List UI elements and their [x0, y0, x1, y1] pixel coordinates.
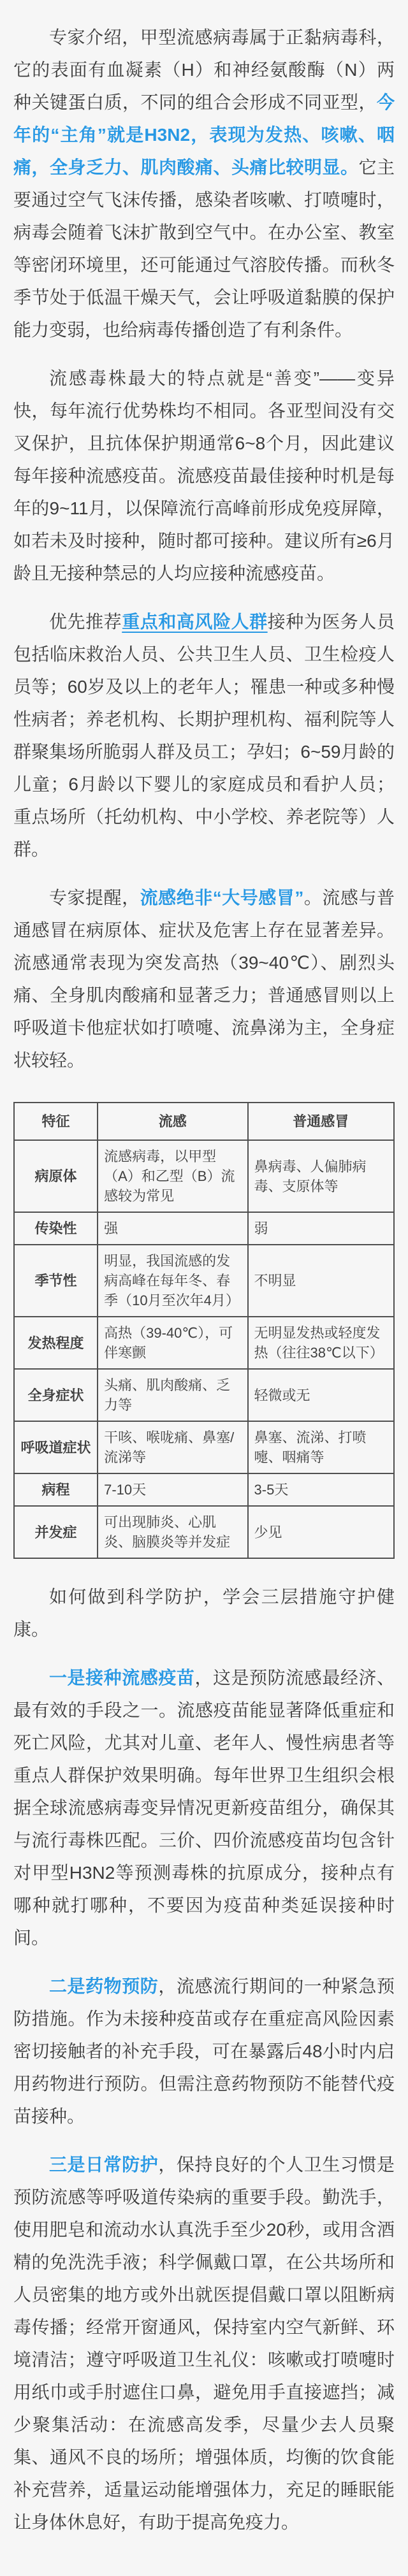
- highlighted-link-text[interactable]: 重点和高风险人群: [122, 612, 267, 632]
- body-text: ，保持良好的个人卫生习惯是预防流感等呼吸道传染病的重要手段。勤洗手，使用肥皂和流…: [13, 2155, 395, 2532]
- paragraph: 专家提醒，流感绝非“大号感冒”。流感与普通感冒在病原体、症状及危害上存在显著差异…: [13, 881, 395, 1076]
- paragraph: 一是接种流感疫苗，这是预防流感最经济、最有效的手段之一。流感疫苗能显著降低重症和…: [13, 1661, 395, 1954]
- body-text: ，这是预防流感最经济、最有效的手段之一。流感疫苗能显著降低重症和死亡风险，尤其对…: [13, 1668, 395, 1948]
- value-cell: 鼻病毒、人偏肺病毒、支原体等: [248, 1140, 394, 1212]
- paragraph: 专家介绍，甲型流感病毒属于正黏病毒科，它的表面有血凝素（H）和神经氨酸酶（N）两…: [13, 21, 395, 346]
- paragraph: 二是药物预防，流感流行期间的一种紧急预防措施。作为未接种疫苗或存在重症高风险因素…: [13, 1970, 395, 2132]
- feature-cell: 全身症状: [14, 1369, 98, 1421]
- feature-cell: 季节性: [14, 1245, 98, 1317]
- table-row: 呼吸道症状干咳、喉咙痛、鼻塞/流涕等鼻塞、流涕、打喷嚏、咽痛等: [14, 1421, 394, 1473]
- highlighted-text: 一是接种流感疫苗: [49, 1668, 194, 1688]
- highlighted-text: 二是药物预防: [49, 1976, 158, 1996]
- paragraph: 如何做到科学防护，学会三层措施守护健康。: [13, 1581, 395, 1646]
- value-cell: 高热（39-40℃），可伴寒颤: [98, 1317, 247, 1369]
- value-cell: 少见: [248, 1506, 394, 1558]
- value-cell: 鼻塞、流涕、打喷嚏、咽痛等: [248, 1421, 394, 1473]
- article-blocks: 专家介绍，甲型流感病毒属于正黏病毒科，它的表面有血凝素（H）和神经氨酸酶（N）两…: [13, 21, 395, 2538]
- table-row: 病原体流感病毒，以甲型（A）和乙型（B）流感较为常见鼻病毒、人偏肺病毒、支原体等: [14, 1140, 394, 1212]
- highlighted-text: 流感绝非“大号感冒”: [140, 888, 304, 908]
- table-row: 全身症状头痛、肌肉酸痛、乏力等轻微或无: [14, 1369, 394, 1421]
- value-cell: 头痛、肌肉酸痛、乏力等: [98, 1369, 247, 1421]
- feature-cell: 呼吸道症状: [14, 1421, 98, 1473]
- table-row: 并发症可出现肺炎、心肌炎、脑膜炎等并发症少见: [14, 1506, 394, 1558]
- table-header-cell: 流感: [98, 1103, 247, 1140]
- feature-cell: 病原体: [14, 1140, 98, 1212]
- body-text: 如何做到科学防护，学会三层措施守护健康。: [13, 1587, 395, 1639]
- value-cell: 明显，我国流感的发病高峰在每年冬、春季（10月至次年4月）: [98, 1245, 247, 1317]
- value-cell: 可出现肺炎、心肌炎、脑膜炎等并发症: [98, 1506, 247, 1558]
- body-text: 。流感与普通感冒在病原体、症状及危害上存在显著差异。流感通常表现为突发高热（39…: [13, 888, 395, 1070]
- body-text: ，流感流行期间的一种紧急预防措施。作为未接种疫苗或存在重症高风险因素密切接触者的…: [13, 1976, 395, 2126]
- table-header-cell: 普通感冒: [248, 1103, 394, 1140]
- highlighted-text: 三是日常防护: [49, 2155, 158, 2174]
- body-text: 流感毒株最大的特点就是“善变”——变异快，每年流行优势株均不相同。各亚型间没有交…: [13, 368, 395, 583]
- value-cell: 流感病毒，以甲型（A）和乙型（B）流感较为常见: [98, 1140, 247, 1212]
- table-header-cell: 特征: [14, 1103, 98, 1140]
- value-cell: 7-10天: [98, 1473, 247, 1506]
- paragraph: 流感毒株最大的特点就是“善变”——变异快，每年流行优势株均不相同。各亚型间没有交…: [13, 362, 395, 590]
- body-text: 专家介绍，甲型流感病毒属于正黏病毒科，它的表面有血凝素（H）和神经氨酸酶（N）两…: [13, 27, 395, 112]
- feature-cell: 发热程度: [14, 1317, 98, 1369]
- feature-cell: 传染性: [14, 1212, 98, 1245]
- table-row: 发热程度高热（39-40℃），可伴寒颤无明显发热或轻度发热（往往38℃以下）: [14, 1317, 394, 1369]
- body-text: 接种为医务人员包括临床救治人员、公共卫生人员、卫生检疫人员等；60岁及以上的老年…: [13, 612, 395, 859]
- paragraph: 优先推荐重点和高风险人群接种为医务人员包括临床救治人员、公共卫生人员、卫生检疫人…: [13, 605, 395, 865]
- paragraph: 三是日常防护，保持良好的个人卫生习惯是预防流感等呼吸道传染病的重要手段。勤洗手，…: [13, 2148, 395, 2538]
- value-cell: 轻微或无: [248, 1369, 394, 1421]
- table-header-row: 特征流感普通感冒: [14, 1103, 394, 1140]
- value-cell: 强: [98, 1212, 247, 1245]
- value-cell: 不明显: [248, 1245, 394, 1317]
- feature-cell: 病程: [14, 1473, 98, 1506]
- table-row: 季节性明显，我国流感的发病高峰在每年冬、春季（10月至次年4月）不明显: [14, 1245, 394, 1317]
- table-row: 病程7-10天3-5天: [14, 1473, 394, 1506]
- value-cell: 3-5天: [248, 1473, 394, 1506]
- body-text: 优先推荐: [49, 612, 122, 632]
- flu-vs-cold-table: 特征流感普通感冒病原体流感病毒，以甲型（A）和乙型（B）流感较为常见鼻病毒、人偏…: [13, 1102, 395, 1559]
- table-row: 传染性强弱: [14, 1212, 394, 1245]
- feature-cell: 并发症: [14, 1506, 98, 1558]
- value-cell: 无明显发热或轻度发热（往往38℃以下）: [248, 1317, 394, 1369]
- body-text: 它主要通过空气飞沫传播，感染者咳嗽、打喷嚏时，病毒会随着飞沫扩散到空气中。在办公…: [13, 157, 395, 340]
- value-cell: 弱: [248, 1212, 394, 1245]
- body-text: 专家提醒，: [49, 888, 140, 908]
- article-body: 专家介绍，甲型流感病毒属于正黏病毒科，它的表面有血凝素（H）和神经氨酸酶（N）两…: [0, 0, 408, 2576]
- value-cell: 干咳、喉咙痛、鼻塞/流涕等: [98, 1421, 247, 1473]
